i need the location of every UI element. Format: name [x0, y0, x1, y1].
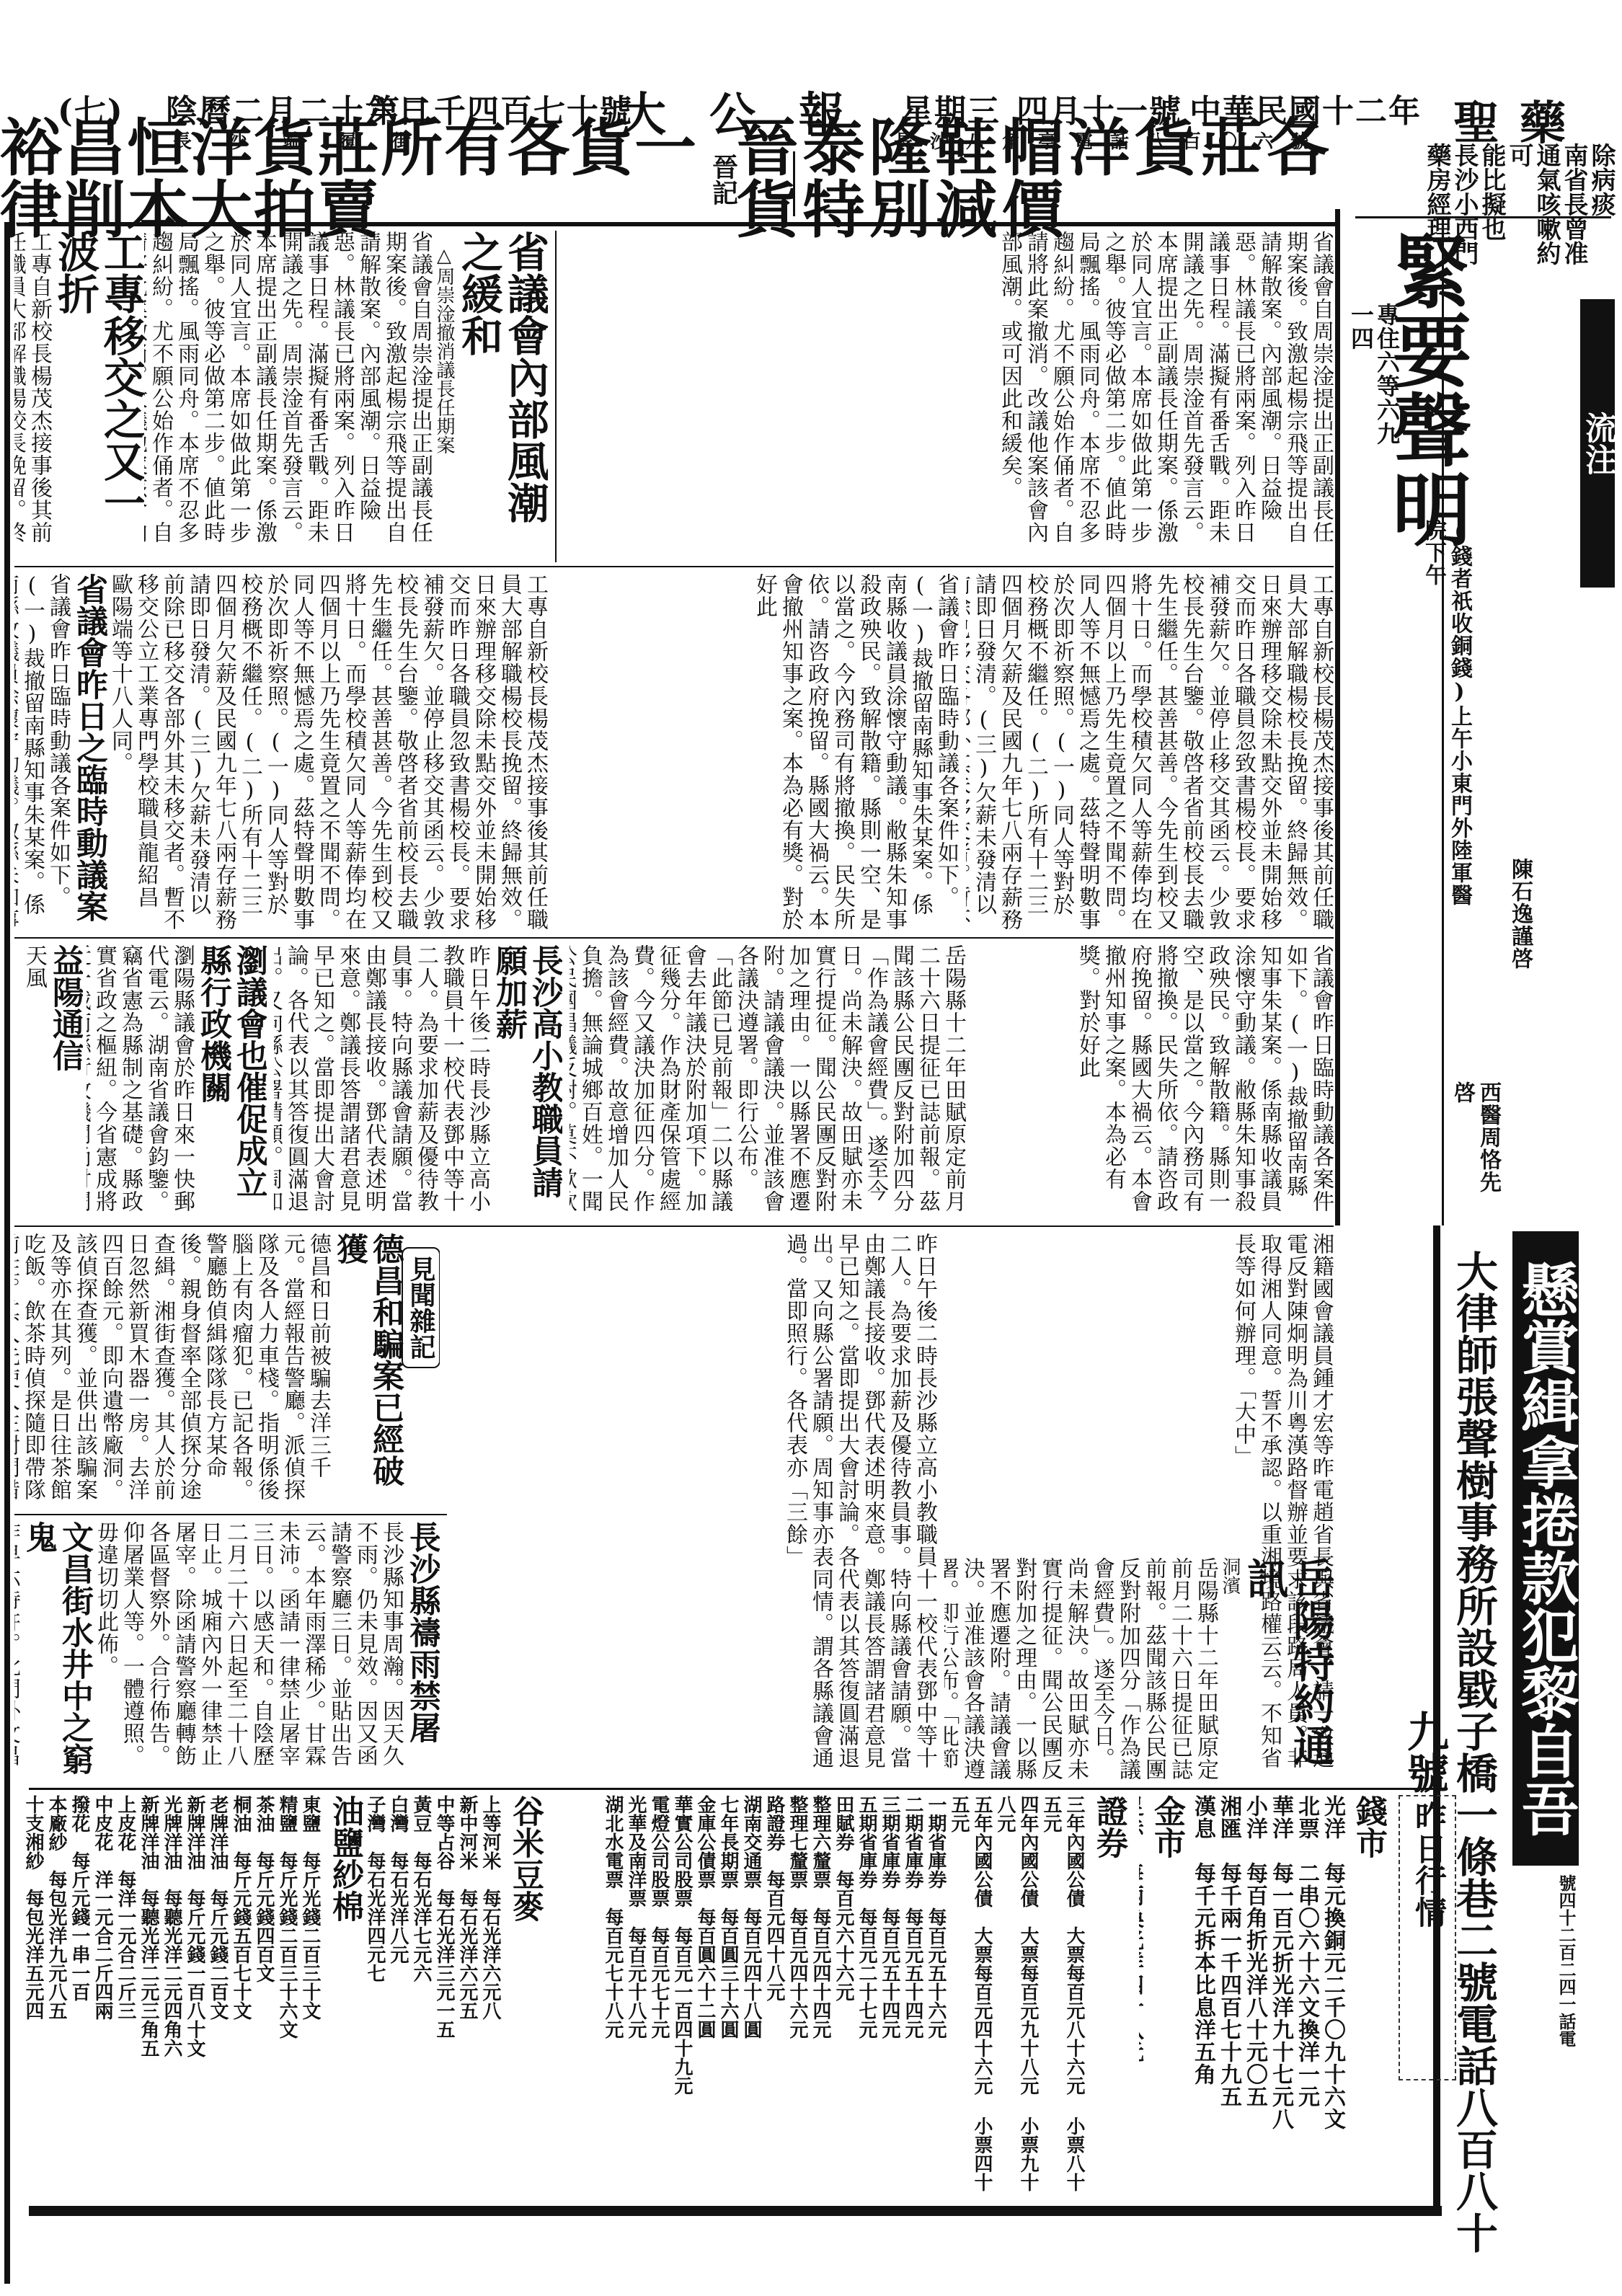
item: 七年長期票	[717, 1795, 739, 1889]
price: 每百元一百四十九元	[671, 1926, 693, 2095]
section-label: 油鹽紗棉	[322, 1795, 368, 2199]
notice-shaded-label: 流注	[1580, 299, 1615, 588]
item: 老牌洋油	[207, 1795, 229, 1870]
article-text: 工專自新校長楊茂杰接事後其前任職員大部解職楊校長挽留。終歸無效。日來辦理移交除未…	[107, 573, 548, 934]
item: 二期省庫券	[902, 1795, 923, 1889]
money-market: 錢市 光洋 每元換銅元二千〇九十六文 北票 二串〇六十六文換洋一元 華洋 每一百…	[1139, 1795, 1391, 2199]
item: 新牌洋油	[138, 1795, 159, 1870]
item: 湖北水電票	[602, 1795, 624, 1889]
item: 三年內國公債	[1063, 1795, 1085, 1907]
price-row: 田賦券 每百元六十六元	[832, 1795, 855, 2199]
item: 新牌洋油	[184, 1795, 205, 1870]
price: 每洋一元合二斤三	[115, 1870, 136, 2020]
price-row: 一期省庫券 每百元五十六元	[924, 1795, 947, 2199]
item: 湘匯	[1216, 1795, 1241, 1840]
item: 新中河米	[456, 1795, 478, 1870]
price: 每一百元折光洋九十七元八	[1268, 1862, 1293, 2130]
price: 每百元四十四元	[810, 1907, 831, 2039]
divider	[14, 566, 1334, 567]
medicine-advertisement: 聖藥 除病痰 南省長曾准 通氣咳嗽約可 能比擬也 長沙小西門 藥房經理	[1348, 87, 1615, 209]
item: 茶油	[253, 1795, 275, 1832]
article-yiyang-letter: 益陽通信 天風	[14, 944, 83, 1218]
price: 每百元二十七元	[856, 1907, 877, 2039]
price-row: 中皮花 洋一元合二斤四兩	[91, 1795, 114, 2199]
item: 湖南交通票	[740, 1795, 762, 1889]
price: 每包光洋五元四	[22, 1889, 44, 2020]
section-label: 證券	[1086, 1795, 1132, 2199]
subhead: △周崇淦撤消議長任期案	[433, 231, 456, 562]
price-row: 子灣 每石光洋四元七	[368, 1795, 386, 2199]
item: 電燈公司股票	[648, 1795, 670, 1907]
article-text: 德昌和日前被騙去洋三千元。當經報告警廳。派偵探隊及各人力車棧。指明係後腦上有肉瘤…	[14, 1233, 331, 1507]
price-row: 湖南交通票 每百元四十八圓	[740, 1795, 763, 2199]
price: 每石光洋六元五	[456, 1889, 478, 2020]
price-row: 四年內國公債 大票每百元九十八元 小票九十八元	[993, 1795, 1040, 2199]
price-row: 七年長期票 每百圓三十六圓	[717, 1795, 740, 2199]
price: 每斤光錢二百三十文	[299, 1851, 321, 2020]
notice-side: 專住六等六九一四	[1348, 303, 1400, 447]
price: 每斤光錢二百三十六文	[276, 1851, 298, 2039]
article-text: 省議會昨日臨時動議各案件如下。(一)裁撤留南縣知事朱某案。係南縣收議員涂懷守動議…	[1074, 944, 1334, 1218]
price-row: 光華及南洋票 每百元十八元	[624, 1795, 647, 2199]
securities-market: 證券 三年內國公債 大票每百元八十六元 小票八十五元 四年內國公債 大票每百元九…	[548, 1795, 1132, 2199]
price: 每石光洋三元一五	[433, 1889, 455, 2039]
divider	[555, 231, 557, 562]
price: 每斤元錢一串一百	[68, 1851, 90, 2001]
frame-bottom	[29, 2206, 1442, 2216]
price: 每斤元錢五百七十文	[230, 1851, 252, 2020]
price: 每百元六十六元	[833, 1870, 854, 2001]
price-row: 桐油 每斤元錢五百七十文	[229, 1795, 252, 2199]
price-row: 黃豆 每石光洋七元六	[409, 1795, 433, 2199]
article-text: 省議會自周崇淦提出正副議長任期案後。致激起楊宗飛等提出自請解散案。內部風潮。日益…	[996, 231, 1334, 562]
price: 洋一元合二斤四兩	[92, 1870, 113, 2020]
article-teachers-raise: 長沙高小教職員請願加薪 昨日午後二時長沙縣立高小教職員十一校代表鄧中等十二人。為…	[274, 944, 562, 1218]
divider	[1335, 209, 1340, 1225]
price-row: 五年內國公債 大票每百元四十六元 小票四十五元	[947, 1795, 993, 2199]
important-notice: 緊要聲明 流注 專住六等六九一四 (錢者祇收銅錢)上午小東門外陸軍醫院下午	[1341, 216, 1615, 706]
item: 路證券	[763, 1795, 785, 1851]
price: 每百元四十八元	[763, 1870, 785, 2001]
price-row: 十支湘紗 每包光洋五元四	[22, 1795, 45, 2199]
item: 三期省庫券	[879, 1795, 900, 1889]
item: 金庫公債票	[694, 1795, 716, 1889]
item: 五期省庫券	[856, 1795, 877, 1889]
price: 每百元十八元	[625, 1926, 647, 2039]
divider	[14, 1225, 1334, 1227]
notice-date: (錢者祇收銅錢)上午小東門外陸軍醫院下午	[1420, 519, 1472, 923]
article-assembly-tide: 省議會內部風潮之緩和 △周崇淦撤消議長任期案 省議會自周崇淦提出正副議長任期案後…	[144, 231, 548, 562]
price-row: 精鹽 每斤光錢二百三十六文	[275, 1795, 298, 2199]
item: 本廠紗	[45, 1795, 67, 1851]
price-row: 東鹽 每斤光錢二百三十文	[298, 1795, 322, 2199]
price-row: 中等占谷 每石光洋三元一五	[433, 1795, 456, 2199]
price: 每石光洋四元七	[368, 1851, 386, 1982]
price: 每斤元錢一百八十文	[184, 1889, 205, 2057]
article-text: 工專自新校長楊茂杰接事後其前任職員大部解職楊校長挽留。終歸無效。日來辦理移交除未…	[14, 231, 52, 562]
headline: 工專移交之又一波折	[52, 231, 144, 562]
item: 田賦券	[833, 1795, 854, 1851]
frame-top	[29, 222, 1337, 226]
price-row: 二期省庫券 每百元五十四元	[901, 1795, 924, 2199]
frame-left	[4, 222, 10, 2284]
item: 東鹽	[299, 1795, 321, 1832]
notice-moved: 西醫周恪先啓	[1449, 1081, 1501, 1211]
item: 十支湘紗	[22, 1795, 44, 1870]
item: 五年內國公債	[971, 1795, 993, 1907]
price: 每百元四十八圓	[740, 1907, 762, 2039]
item: 中皮花	[92, 1795, 113, 1851]
banner-small-note: 晉記	[711, 154, 737, 205]
price: 每兩換光洋四十八元	[1139, 1862, 1143, 2063]
section-label: 金市	[1143, 1795, 1189, 2199]
market-header: 昨日行情	[1399, 1795, 1456, 2080]
banner-divider	[793, 151, 795, 216]
headline: 瀏議會也催促成立縣行政機關	[195, 944, 267, 1218]
miscellany-1: 見聞雜記 德昌和騙案已經破獲 德昌和日前被騙去洋三千元。當經報告警廳。派偵探隊及…	[14, 1233, 440, 1507]
reward-phone: 號四十二百二四一話電	[1556, 1874, 1577, 2047]
article-fiscal: 省議會自周崇淦提出正副議長任期案後。致激起楊宗飛等提出自請解散案。內部風潮。日益…	[562, 231, 1334, 562]
oil-salt-cotton-market: 油鹽紗棉 東鹽 每斤光錢二百三十文 精鹽 每斤光錢二百三十六文 茶油 每斤元錢四…	[22, 1795, 368, 2199]
price-row: 光牌洋油 每聽光洋二元四角六	[160, 1795, 183, 2199]
item: 桐油	[230, 1795, 252, 1832]
price-row: 撥花 每斤元錢一串一百	[68, 1795, 91, 2199]
price-row: 漢息 每千元拆本比息洋五角	[1189, 1795, 1215, 2199]
price: 每百元七十八元	[602, 1907, 624, 2039]
headline: 益陽通信	[47, 944, 83, 1218]
item: 一期省庫券	[925, 1795, 947, 1889]
price-row: 上皮花 每洋一元合二斤三	[114, 1795, 137, 2199]
item: 華洋	[1268, 1795, 1293, 1840]
reward-notice-title: 懸賞緝拿捲款犯黎自吾	[1512, 1231, 1579, 1866]
item: 中等占谷	[433, 1795, 455, 1870]
ad-col: 除病痰	[1587, 143, 1616, 216]
article-yueyang-dispatch: 岳陽特約通訊 洞濱 岳陽縣十二年田賦原定前月二十六日提征已誌前報。茲聞該縣公民團…	[944, 1557, 1334, 1781]
divider	[14, 1514, 447, 1515]
price: 每斤元錢四百文	[253, 1851, 275, 1982]
price-row: 足赤 每兩換光洋四十八元	[1139, 1795, 1143, 2199]
price: 每千元拆本比息洋五角	[1190, 1862, 1215, 2086]
item: 光華及南洋票	[625, 1795, 647, 1907]
article-text: 省議會自周崇淦提出正副議長任期案後。致激起楊宗飛等提出自請解散案。內部風潮。日益…	[144, 231, 433, 562]
item: 白灣	[387, 1795, 409, 1832]
article-text: 昨日午後二時長沙縣立高小教職員十一校代表鄧中等十二人。為要求加薪及優待教員事。特…	[274, 944, 490, 1218]
price: 每包光洋九元八五	[45, 1870, 67, 2020]
price: 每聽光洋二元三角五	[138, 1889, 159, 2057]
price-row: 整理七釐票 每百元四十六元	[786, 1795, 809, 2199]
item: 小洋	[1242, 1795, 1267, 1840]
item: 整理七釐票	[786, 1795, 808, 1889]
item: 上皮花	[115, 1795, 136, 1851]
item: 整理六釐票	[810, 1795, 831, 1889]
item: 華實公司股票	[671, 1795, 693, 1907]
article-industrial-school: 工專移交之又一波折 工專自新校長楊茂杰接事後其前任職員大部解職楊校長挽留。終歸無…	[14, 231, 144, 562]
article-continued: 工專自新校長楊茂杰接事後其前任職員大部解職楊校長挽留。終歸無效。日來辦理移交除未…	[966, 573, 1334, 934]
miscellany-2: 長沙縣禱雨禁屠 長沙縣知事周瀚。因天久不雨。仍未見效。因又函請警察廳三日。並貼出…	[14, 1521, 440, 1781]
lawyer-advertisement: 大律師張聲樹事務所設戥子橋一條巷二號電話八百八十九號	[1449, 1240, 1498, 2264]
price: 每石光洋八元	[387, 1851, 409, 1964]
price: 每百元五十四元	[879, 1907, 900, 2039]
article-liuyang-assembly: 瀏議會也催促成立縣行政機關 瀏陽縣議會於昨日來一快郵代電云。湖南省議會鈞鑒。竊省…	[87, 944, 267, 1218]
item: 四年內國公債	[1017, 1795, 1039, 1907]
headline: 長沙高小教職員請願加薪	[490, 944, 562, 1218]
price-row: 湖北水電票 每百元七十八元	[601, 1795, 624, 2199]
price: 每千兩一千四百七十九五	[1216, 1862, 1241, 2108]
price: 每百角折光洋八十元〇五	[1242, 1862, 1267, 2108]
price: 每百圓六十二圓	[694, 1907, 716, 2039]
article-text: 岳陽縣十二年田賦原定前月二十六日提征已誌前報。茲聞該縣公民團反對附加四分「作為議…	[570, 944, 966, 1218]
price-row: 新牌洋油 每聽光洋二元三角五	[137, 1795, 160, 2199]
item: 足赤	[1139, 1795, 1143, 1840]
price-row: 三年內國公債 大票每百元八十六元 小票八十五元	[1040, 1795, 1086, 2199]
price-row: 三期省庫券 每百元五十四元	[878, 1795, 901, 2199]
divider	[1442, 216, 1444, 1225]
article-text: 工專自新校長楊茂杰接事後其前任職員大部解職楊校長挽留。終歸無效。日來辦理移交除未…	[966, 573, 1334, 934]
price-row: 金庫公債票 每百圓六十二圓	[693, 1795, 717, 2199]
section-label: 錢市	[1345, 1795, 1391, 2199]
price-row: 新中河米 每石光洋六元五	[456, 1795, 479, 2199]
headline: 長沙縣禱雨禁屠	[404, 1521, 440, 1781]
price: 每元換銅元二千〇九十六文	[1320, 1862, 1345, 2130]
price-row: 小洋 每百角折光洋八十元〇五	[1241, 1795, 1267, 2199]
grain-market: 谷米豆麥 上等河米 每石光洋六元八 新中河米 每石光洋六元五 中等占谷 每石光洋…	[368, 1795, 548, 2199]
price-row: 茶油 每斤元錢四百文	[252, 1795, 275, 2199]
miscellany-label: 見聞雜記	[402, 1247, 440, 1368]
headline: 文昌街水井中之窮鬼	[20, 1521, 92, 1781]
banner-advertisement: 晉泰隆鞋帽洋貨莊各貨特別減價 晉記 裕昌恒洋貨莊所有各貨一律削本大拍賣	[0, 144, 1348, 215]
price: 每百元四十六元	[786, 1907, 808, 2039]
price-row: 新牌洋油 每斤元錢一百八十文	[183, 1795, 206, 2199]
article-continued-2: 省議會昨日臨時動議各案件如下。(一)裁撤留南縣知事朱某案。係南縣收議員涂懷守動議…	[562, 573, 959, 934]
article-text: 長沙縣知事周瀚。因天久不雨。仍未見效。因又函請警察廳三日。並貼出告云。本年雨澤稀…	[92, 1521, 404, 1781]
divider	[29, 1788, 1442, 1790]
price: 每百圓三十六圓	[717, 1907, 739, 2039]
section-label: 谷米豆麥	[502, 1795, 548, 2199]
byline: 天風	[21, 944, 47, 1218]
divider	[14, 937, 1334, 939]
item: 子灣	[368, 1795, 386, 1832]
item: 漢息	[1190, 1795, 1215, 1840]
price-row: 華洋 每一百元折光洋九十七元八	[1267, 1795, 1293, 2199]
item: 撥花	[68, 1795, 90, 1832]
article-assembly-motion: 工專自新校長楊茂杰接事後其前任職員大部解職楊校長挽留。終歸無效。日來辦理移交除未…	[14, 573, 548, 934]
headline: 岳陽特約通訊	[1241, 1557, 1334, 1781]
article-text: 昨早六時許。北門外文昌街水井。忽有三旬之男子跳入其中。經路人見悉。始將撈起。已經…	[14, 1521, 20, 1781]
headline: 省議會昨日之臨時動議案	[71, 573, 107, 934]
article-continued-3: 昨日午後二時長沙縣立高小教職員十一校代表鄧中等十二人。為要求加薪及優待教員事。特…	[447, 1233, 937, 1781]
headline: 省議會內部風潮之緩和	[456, 231, 548, 562]
price-row: 白灣 每石光洋八元	[386, 1795, 409, 2199]
article-text: 省議會昨日臨時動議各案件如下。(一)裁撤留南縣知事朱某案。係南縣收議員涂懷守動議…	[14, 573, 71, 934]
price: 每聽光洋二元四角六	[161, 1889, 182, 2057]
item: 黃豆	[410, 1795, 432, 1832]
price-row: 光洋 每元換銅元二千〇九十六文	[1319, 1795, 1345, 2199]
price: 每百元五十六元	[925, 1907, 947, 2039]
price-row: 整理六釐票 每百元四十四元	[809, 1795, 832, 2199]
price-row: 上等河米 每石光洋六元八	[479, 1795, 502, 2199]
article-text: 省議會昨日臨時動議各案件如下。(一)裁撤留南縣知事朱某案。係南縣收議員涂懷守動議…	[751, 573, 959, 934]
item: 上等河米	[479, 1795, 501, 1870]
price-row: 華實公司股票 每百元一百四十九元	[670, 1795, 693, 2199]
price: 每斤元錢二百文	[207, 1889, 229, 2020]
article-text: 昨日午後二時長沙縣立高小教職員十一校代表鄧中等十二人。為要求加薪及優待教員事。特…	[781, 1233, 937, 1781]
price-row: 五期省庫券 每百元二十七元	[855, 1795, 878, 2199]
price: 每石光洋六元八	[479, 1889, 501, 2020]
article-text: 瀏陽縣議會於昨日來一快郵代電云。湖南省議會鈞鑒。竊省憲為縣制之基礎。縣政實省政之…	[87, 944, 195, 1218]
reward-notice-text: 號四十二百二四一話電	[1512, 1874, 1579, 2264]
price: 每石光洋七元六	[410, 1851, 432, 1982]
item: 光洋	[1320, 1795, 1345, 1840]
price: 每百元五十四元	[902, 1907, 923, 2039]
price-row: 本廠紗 每包光洋九元八五	[45, 1795, 68, 2199]
notice-signature: 陳石逸謹啓	[1507, 858, 1533, 1009]
price-row: 北票 二串〇六十六文換洋一元	[1293, 1795, 1319, 2199]
headline: 德昌和騙案已經破獲	[331, 1233, 403, 1507]
price: 二串〇六十六文換洋一元	[1294, 1862, 1319, 2108]
byline: 洞濱	[1218, 1557, 1241, 1781]
article-xiang-railway: 岳陽縣十二年田賦原定前月二十六日提征已誌前報。茲聞該縣公民團反對附加四分「作為議…	[570, 944, 966, 1218]
price-row: 湘匯 每千兩一千四百七十九五	[1215, 1795, 1241, 2199]
article-special-affairs: 省議會昨日臨時動議各案件如下。(一)裁撤留南縣知事朱某案。係南縣收議員涂懷守動議…	[973, 944, 1334, 1218]
price-row: 老牌洋油 每斤元錢二百文	[206, 1795, 229, 2199]
miscellany-label-wrap: 見聞雜記	[403, 1233, 440, 1507]
article-text: 岳陽縣十二年田賦原定前月二十六日提征已誌前報。茲聞該縣公民團反對附加四分「作為議…	[944, 1557, 1218, 1781]
price-row: 路證券 每百元四十八元	[763, 1795, 786, 2199]
price: 每百元七十元	[648, 1926, 670, 2039]
item: 精鹽	[276, 1795, 298, 1832]
price-row: 電燈公司股票 每百元七十元	[647, 1795, 670, 2199]
item: 光牌洋油	[161, 1795, 182, 1870]
item: 北票	[1294, 1795, 1319, 1840]
